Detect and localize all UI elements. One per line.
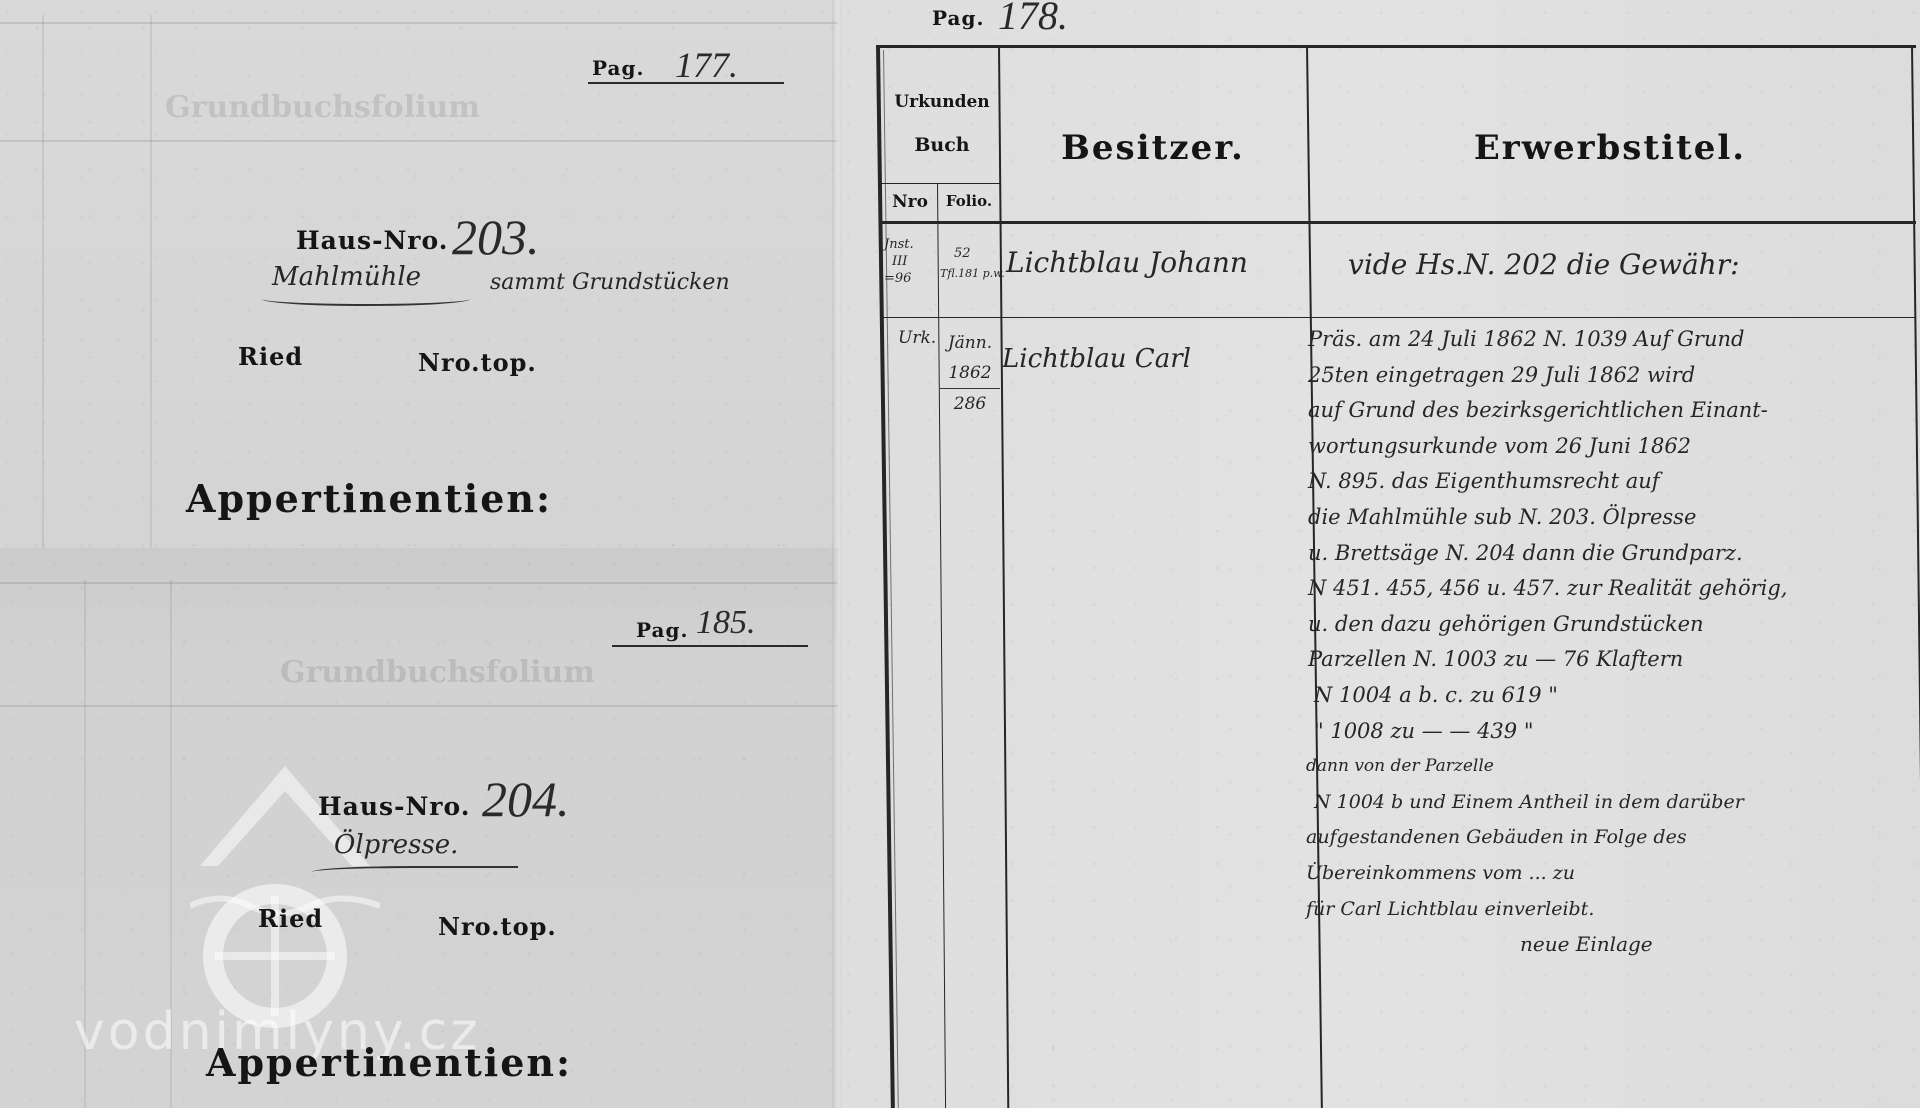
ghost-rule	[0, 705, 838, 707]
ghost-rule	[150, 15, 152, 548]
erwerbstitel-line: für Carl Lichtblau einverleibt.	[1306, 892, 1906, 928]
haus-number: 203.	[452, 212, 540, 262]
row1-folio-line: 52	[940, 244, 1010, 264]
erwerbstitel-line: " 1008 zu — — 439 "	[1306, 714, 1906, 750]
row2-erwerbstitel: Präs. am 24 Juli 1862 N. 1039 Auf Grund …	[1306, 322, 1906, 963]
description-underline	[262, 292, 470, 306]
haus-number: 204.	[482, 774, 570, 824]
nro-top-label: Nro.top.	[418, 348, 537, 377]
erwerbstitel-line: N 1004 b und Einem Antheil in dem darübe…	[1306, 785, 1906, 821]
erwerbstitel-line: Parzellen N. 1003 zu — 76 Klaftern	[1306, 642, 1906, 678]
ghost-bleed-text: Grundbuchsfolium	[165, 90, 480, 125]
row2-nro: Urk.	[898, 328, 936, 348]
erwerbstitel-line: N. 895. das Eigenthumsrecht auf	[1306, 464, 1906, 500]
nro-top-label: Nro.top.	[438, 912, 557, 941]
page-gutter	[832, 0, 842, 1108]
haus-nro-label: Haus-Nro.	[296, 226, 448, 255]
ried-label: Ried	[238, 342, 303, 371]
property-description: Mahlmühle	[272, 262, 421, 292]
row1-nro-line: Jnst.	[884, 236, 938, 253]
table-top-border	[876, 45, 1916, 48]
row-divider	[880, 317, 1916, 318]
page-label: Pag.	[636, 618, 688, 642]
row2-besitzer: Lichtblau Carl	[1002, 344, 1191, 374]
page-label: Pag.	[592, 56, 644, 80]
page-label: Pag.	[932, 6, 984, 30]
appertinentien-label: Appertinentien:	[206, 1040, 572, 1085]
row2-folio-line: 286	[940, 389, 1000, 419]
erwerbstitel-line: wortungsurkunde vom 26 Juni 1862	[1306, 429, 1906, 465]
page-number: 185.	[696, 604, 756, 642]
ghost-rule	[0, 582, 838, 584]
header-besitzer: Besitzer.	[1000, 128, 1306, 168]
row2-folio-line: 1862	[940, 358, 1000, 389]
header-erwerbstitel: Erwerbstitel.	[1308, 128, 1912, 168]
header-urkunden: Urkunden	[884, 92, 1000, 112]
haus-nro-label: Haus-Nro.	[318, 792, 470, 821]
page-number: 178.	[998, 0, 1068, 39]
erwerbstitel-line: Übereinkommens vom ... zu	[1306, 856, 1906, 892]
subheader-rule	[880, 183, 1000, 184]
page-number-underline	[612, 645, 808, 647]
row2-folio-line: Jänn.	[940, 328, 1000, 358]
ghost-rule	[0, 140, 838, 142]
erwerbstitel-line: aufgestandenen Gebäuden in Folge des	[1306, 820, 1906, 856]
header-buch: Buch	[884, 134, 1000, 156]
row1-folio-line: Tfl.181 p.w.	[940, 264, 1010, 284]
erwerbstitel-line: dann von der Parzelle	[1306, 749, 1906, 785]
ghost-bleed-text: Grundbuchsfolium	[280, 655, 595, 690]
erwerbstitel-line: die Mahlmühle sub N. 203. Ölpresse	[1306, 500, 1906, 536]
row1-nro: Jnst. III =96	[884, 236, 938, 287]
ried-label: Ried	[258, 904, 323, 933]
page-number-underline	[588, 82, 784, 84]
erwerbstitel-line: 25ten eingetragen 29 Juli 1862 wird	[1306, 358, 1906, 394]
erwerbstitel-line: auf Grund des bezirksgerichtlichen Einan…	[1306, 393, 1906, 429]
header-folio: Folio.	[938, 192, 1000, 210]
row2-folio: Jänn. 1862 286	[940, 328, 1000, 419]
appertinentien-label: Appertinentien:	[186, 476, 552, 521]
erwerbstitel-line: u. den dazu gehörigen Grundstücken	[1306, 607, 1906, 643]
header-bottom-border	[880, 221, 1916, 224]
erwerbstitel-signature: neue Einlage	[1306, 927, 1906, 963]
row1-nro-line: =96	[884, 270, 938, 287]
page-number: 177.	[675, 44, 738, 86]
property-description: Ölpresse.	[334, 830, 458, 860]
row1-besitzer: Lichtblau Johann	[1006, 246, 1248, 279]
erwerbstitel-line: Präs. am 24 Juli 1862 N. 1039 Auf Grund	[1306, 322, 1906, 358]
description-underline	[312, 866, 518, 878]
property-description-suffix: sammt Grundstücken	[490, 270, 730, 295]
erwerbstitel-line: N 1004 a b. c. zu 619 "	[1306, 678, 1906, 714]
row1-erwerbstitel: vide Hs.N. 202 die Gewähr:	[1348, 248, 1740, 281]
ghost-rule	[0, 22, 838, 24]
row1-nro-line: III	[884, 253, 938, 270]
erwerbstitel-line: N 451. 455, 456 u. 457. zur Realität geh…	[1306, 571, 1906, 607]
row1-folio: 52 Tfl.181 p.w.	[940, 244, 1010, 284]
header-nro: Nro	[882, 192, 938, 212]
ghost-rule	[42, 15, 44, 548]
erwerbstitel-line: u. Brettsäge N. 204 dann die Grundparz.	[1306, 536, 1906, 572]
